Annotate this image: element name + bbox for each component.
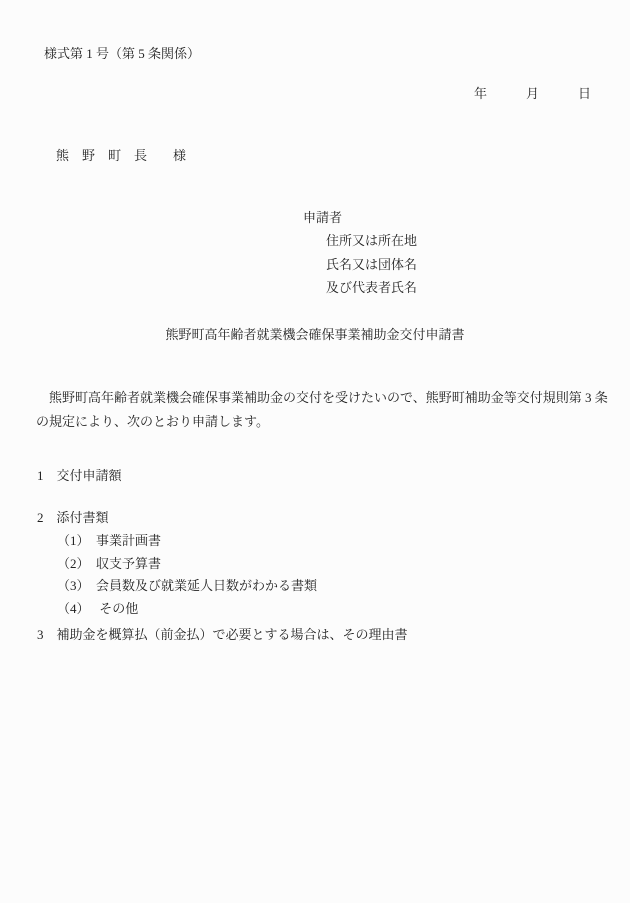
list-item-attached-documents: 2 添付書類 xyxy=(37,510,109,526)
list-item-application-amount: 1 交付申請額 xyxy=(37,468,122,484)
document-page: 様式第 1 号（第 5 条関係） 年 月 日 熊 野 町 長 様 申請者 住所又… xyxy=(0,0,630,903)
list-item-advance-payment-reason: 3 補助金を概算払（前金払）で必要とする場合は、その理由書 xyxy=(37,627,408,643)
attachment-item-budget: （2） 収支予算書 xyxy=(57,553,317,576)
body-paragraph-line-2: の規定により、次のとおり申請します。 xyxy=(36,410,600,434)
body-paragraph-line-1: 熊野町高年齢者就業機会確保事業補助金の交付を受けたいので、熊野町補助金等交付規則… xyxy=(36,386,600,410)
attachment-item-member-count: （3） 会員数及び就業延人日数がわかる書類 xyxy=(57,575,317,598)
applicant-label: 申請者 xyxy=(303,206,417,229)
date-line: 年 月 日 xyxy=(474,86,591,102)
body-paragraph: 熊野町高年齢者就業機会確保事業補助金の交付を受けたいので、熊野町補助金等交付規則… xyxy=(36,386,600,435)
applicant-block: 申請者 住所又は所在地 氏名又は団体名 及び代表者氏名 xyxy=(303,206,417,300)
attachment-item-business-plan: （1） 事業計画書 xyxy=(57,530,317,553)
applicant-address-label: 住所又は所在地 xyxy=(303,229,417,252)
attachment-item-other: （4） その他 xyxy=(57,598,317,621)
attachment-list: （1） 事業計画書 （2） 収支予算書 （3） 会員数及び就業延人日数がわかる書… xyxy=(57,530,317,620)
form-number: 様式第 1 号（第 5 条関係） xyxy=(44,46,200,62)
document-title: 熊野町高年齢者就業機会確保事業補助金交付申請書 xyxy=(0,327,630,343)
applicant-name-label: 氏名又は団体名 xyxy=(303,253,417,276)
addressee-line: 熊 野 町 長 様 xyxy=(56,148,186,164)
applicant-representative-label: 及び代表者氏名 xyxy=(303,276,417,299)
